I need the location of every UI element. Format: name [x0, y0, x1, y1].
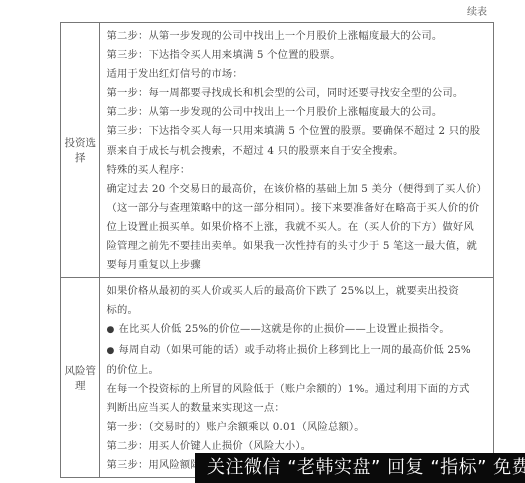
- text-line: 第二步：从第一步发现的公司中找出上一个月股价上涨幅度最大的公司。: [106, 27, 487, 46]
- text-line: 位上设置止损买单。如果价格不上涨，我就不买人。在（买人价的下方）做好风: [106, 218, 487, 237]
- table-row-investment-selection: 投资选择 第二步：从第一步发现的公司中找出上一个月股价上涨幅度最大的公司。 第三…: [61, 23, 494, 278]
- bullet-item: 每周自动（如果可能的话）或手动将止损价上移到比上一周的最高价低 25%: [106, 341, 487, 361]
- bullet-item: 在比买人价低 25%的价位——这就是你的止损价——上设置止损指令。: [106, 320, 487, 340]
- text-line: 如果价格从最初的买人价或买人后的最高价下跌了 25%以上，就要卖出投资: [106, 282, 487, 301]
- promo-banner: 关注微信 “老韩实盘” 回复 “指标” 免费领: [195, 453, 525, 483]
- table-row-risk-management: 风险管理 如果价格从最初的买人价或买人后的最高价下跌了 25%以上，就要卖出投资…: [61, 278, 494, 478]
- text-line: 要每月重复以上步骤: [106, 256, 487, 275]
- strategy-table: 投资选择 第二步：从第一步发现的公司中找出上一个月股价上涨幅度最大的公司。 第三…: [60, 22, 494, 478]
- text-line: 险管理之前先不要挂出卖单。如果我一次性持有的头寸少于 5 笔这一最大值，就: [106, 237, 487, 256]
- text-line: 特殊的买人程序：: [106, 161, 487, 180]
- investment-selection-content: 第二步：从第一步发现的公司中找出上一个月股价上涨幅度最大的公司。 第三步：下达指…: [100, 23, 494, 278]
- text-line: 第三步：下达指令买人用来填满 5 个位置的股票。: [106, 46, 487, 65]
- text-line: 确定过去 20 个交易日的最高价，在该价格的基础上加 5 美分（便得到了买人价）: [106, 180, 487, 199]
- text-line: 判断出应当买人的数量来实现这一点：: [106, 399, 487, 418]
- text-line: 第一步：（交易时的）账户余额乘以 0.01（风险总额）。: [106, 418, 487, 437]
- text-line: 第二步：从第一步发现的公司中找出上一个月股价上涨幅度最大的公司。: [106, 103, 487, 122]
- text-line: （这一部分与查理策略中的这一部分相同）。接下来要准备好在略高于买人价的价: [106, 199, 487, 218]
- text-line: 的价位上。: [106, 361, 487, 380]
- risk-management-content: 如果价格从最初的买人价或买人后的最高价下跌了 25%以上，就要卖出投资 标的。 …: [100, 278, 494, 478]
- text-line: 第三步：下达指令买人每一只用来填满 5 个位置的股票。要确保不超过 2 只的股: [106, 122, 487, 141]
- text-line: 第一步：每一周都要寻找成长和机会型的公司，同时还要寻找安全型的公司。: [106, 84, 487, 103]
- text-line: 在每一个投资标的上所冒的风险低于（账户余额的）1%。通过利用下面的方式: [106, 380, 487, 399]
- row-label-risk-management: 风险管理: [61, 278, 100, 478]
- text-line: 标的。: [106, 301, 487, 320]
- text-line: 适用于发出红灯信号的市场：: [106, 65, 487, 84]
- continued-table-label: 续表: [467, 3, 487, 18]
- row-label-investment-selection: 投资选择: [61, 23, 100, 278]
- text-line: 票来自于成长与机会搜索，不超过 4 只的股票来自于安全搜索。: [106, 142, 487, 161]
